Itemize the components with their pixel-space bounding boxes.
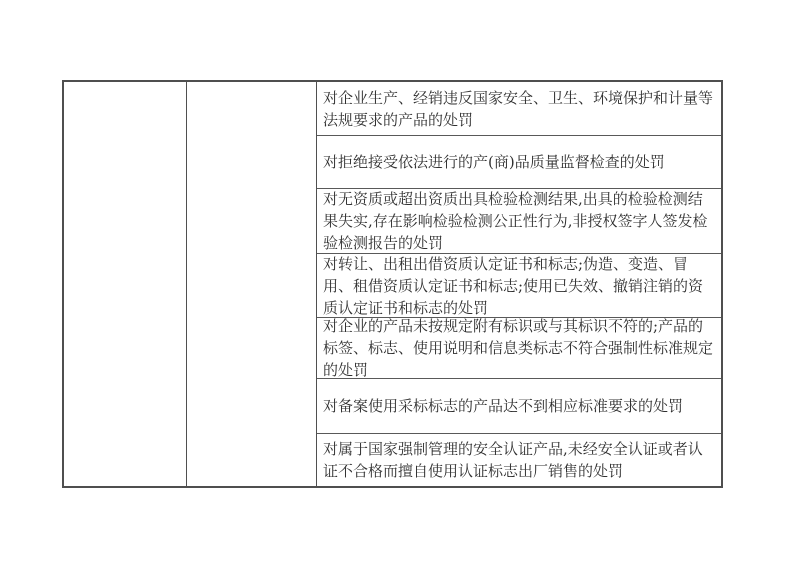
table-row: 对转让、出租出借资质认定证书和标志;伪造、变造、冒用、租借资质认定证书和标志;使… [317, 254, 721, 318]
table-row: 对拒绝接受依法进行的产(商)品质量监督检查的处罚 [317, 136, 721, 189]
penalty-item-text: 对无资质或超出资质出具检验检测结果,出具的检验检测结果失实,存在影响检验检测公正… [323, 189, 715, 254]
table-column-2-empty [187, 82, 317, 486]
table-row: 对无资质或超出资质出具检验检测结果,出具的检验检测结果失实,存在影响检验检测公正… [317, 189, 721, 254]
penalties-table: 对企业生产、经销违反国家安全、卫生、环境保护和计量等法规要求的产品的处罚 对拒绝… [62, 80, 723, 488]
table-column-1-empty [64, 82, 187, 486]
document-page: 对企业生产、经销违反国家安全、卫生、环境保护和计量等法规要求的产品的处罚 对拒绝… [0, 0, 800, 566]
penalty-item-text: 对属于国家强制管理的安全认证产品,未经安全认证或者认证不合格而擅自使用认证标志出… [323, 438, 715, 482]
table-column-3-penalty-items: 对企业生产、经销违反国家安全、卫生、环境保护和计量等法规要求的产品的处罚 对拒绝… [317, 82, 721, 486]
table-row: 对备案使用采标标志的产品达不到相应标准要求的处罚 [317, 379, 721, 434]
penalty-item-text: 对企业的产品未按规定附有标识或与其标识不符的;产品的标签、标志、使用说明和信息类… [323, 318, 715, 379]
table-row: 对企业生产、经销违反国家安全、卫生、环境保护和计量等法规要求的产品的处罚 [317, 82, 721, 136]
penalty-item-text: 对企业生产、经销违反国家安全、卫生、环境保护和计量等法规要求的产品的处罚 [323, 87, 715, 131]
penalty-item-text: 对转让、出租出借资质认定证书和标志;伪造、变造、冒用、租借资质认定证书和标志;使… [323, 254, 715, 318]
penalty-item-text: 对备案使用采标标志的产品达不到相应标准要求的处罚 [323, 395, 715, 417]
table-row: 对属于国家强制管理的安全认证产品,未经安全认证或者认证不合格而擅自使用认证标志出… [317, 434, 721, 486]
penalty-item-text: 对拒绝接受依法进行的产(商)品质量监督检查的处罚 [323, 151, 715, 173]
table-row: 对企业的产品未按规定附有标识或与其标识不符的;产品的标签、标志、使用说明和信息类… [317, 318, 721, 379]
